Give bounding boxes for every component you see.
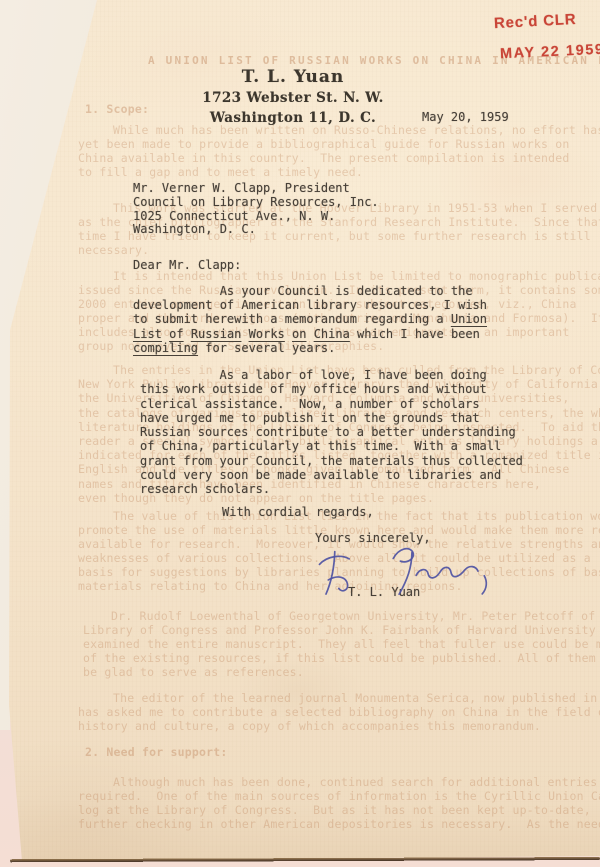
- text-segment: which I have been: [350, 327, 480, 341]
- letterhead-city: Washington 11, D. C.: [168, 108, 418, 128]
- body-line: have urged me to publish it on the groun…: [140, 411, 523, 425]
- text-segment: development of American library resource…: [133, 298, 487, 312]
- recipient-line: Council on Library Resources, Inc.: [133, 196, 379, 210]
- underlined-text: Works: [249, 327, 285, 341]
- paper: A UNION LIST OF RUSSIAN WORKS ON CHINA I…: [0, 0, 600, 867]
- body-line: As your Council is dedicated to the: [133, 284, 487, 298]
- underlined-text: List: [133, 327, 162, 341]
- body-line: clerical assistance. Now, a number of sc…: [140, 397, 523, 411]
- letterhead-name: T. L. Yuan: [168, 66, 418, 88]
- text-segment: research scholars.: [140, 482, 270, 496]
- underlined-text: China: [314, 327, 350, 341]
- text-segment: this work outside of my office hours and…: [140, 382, 487, 396]
- paragraph: As your Council is dedicated to thedevel…: [133, 284, 487, 355]
- recipient-address: Mr. Verner W. Clapp, PresidentCouncil on…: [133, 182, 379, 237]
- body-line: development of American library resource…: [133, 298, 487, 312]
- letterhead-street: 1723 Webster St. N. W.: [168, 88, 418, 108]
- text-segment: [241, 327, 248, 341]
- body-line: this work outside of my office hours and…: [140, 382, 523, 396]
- underlined-text: compiling: [133, 341, 198, 355]
- body-line: to submit herewith a memorandum regardin…: [133, 312, 487, 326]
- text-segment: grant from your Council, the materials t…: [140, 454, 523, 468]
- text-segment: for several years.: [198, 341, 335, 355]
- signature-ink: [319, 544, 487, 603]
- underlined-text: Union: [451, 312, 487, 326]
- text-segment: could very soon be made available to lib…: [140, 468, 501, 482]
- text-segment: clerical assistance. Now, a number of sc…: [140, 397, 480, 411]
- paragraph: As a labor of love, I have been doingthi…: [140, 368, 523, 497]
- salutation: Dear Mr. Clapp:: [133, 258, 241, 272]
- letterhead: T. L. Yuan 1723 Webster St. N. W. Washin…: [168, 66, 418, 128]
- body-line: compiling for several years.: [133, 341, 487, 355]
- body-line: research scholars.: [140, 482, 523, 496]
- text-segment: have urged me to publish it on the groun…: [140, 411, 480, 425]
- text-segment: Russian sources contribute to a better u…: [140, 425, 516, 439]
- recipient-line: Washington, D. C.: [133, 223, 379, 237]
- text-segment: [306, 327, 313, 341]
- body-line: As a labor of love, I have been doing: [140, 368, 523, 382]
- letter-content: T. L. Yuan 1723 Webster St. N. W. Washin…: [0, 0, 600, 867]
- body-line: could very soon be made available to lib…: [140, 468, 523, 482]
- text-segment: of China, particularly at this time. Wit…: [140, 439, 501, 453]
- signature: [315, 539, 493, 606]
- text-segment: [184, 327, 191, 341]
- text-segment: As a labor of love, I have been doing: [140, 368, 487, 382]
- text-segment: As your Council is dedicated to the: [133, 284, 473, 298]
- closing-regards: With cordial regards,: [222, 505, 374, 519]
- underlined-text: Russian: [191, 327, 242, 341]
- underlined-text: of: [169, 327, 183, 341]
- body-line: Russian sources contribute to a better u…: [140, 425, 523, 439]
- underlined-text: on: [292, 327, 306, 341]
- body-line: grant from your Council, the materials t…: [140, 454, 523, 468]
- letter-date: May 20, 1959: [422, 110, 509, 124]
- text-segment: to submit herewith a memorandum regardin…: [133, 312, 451, 326]
- body-line: List of Russian Works on China which I h…: [133, 327, 487, 341]
- recipient-line: Mr. Verner W. Clapp, President: [133, 182, 379, 196]
- scanned-letter: A UNION LIST OF RUSSIAN WORKS ON CHINA I…: [0, 0, 600, 867]
- body-line: of China, particularly at this time. Wit…: [140, 439, 523, 453]
- text-segment: [285, 327, 292, 341]
